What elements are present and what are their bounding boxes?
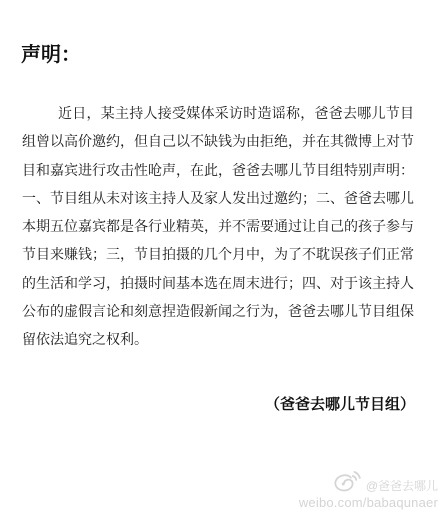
statement-page: 声明： 近日，某主持人接受媒体采访时造谣称，爸爸去哪儿节目 组曾以高价邀约，但自…	[0, 0, 440, 512]
statement-title: 声明：	[21, 38, 81, 67]
statement-body: 近日，某主持人接受媒体采访时造谣称，爸爸去哪儿节目 组曾以高价邀约，但自己以不缺…	[22, 99, 414, 354]
statement-line: 组曾以高价邀约，但自己以不缺钱为由拒绝，并在其微博上对节	[22, 127, 414, 155]
statement-line: 公布的虚假言论和刻意捏造假新闻之行为，爸爸去哪儿节目组保	[22, 297, 414, 325]
statement-line: 一、节目组从未对该主持人及家人发出过邀约；二、爸爸去哪儿	[22, 184, 414, 212]
statement-line: 目和嘉宾进行攻击性呛声，在此，爸爸去哪儿节目组特别声明：	[22, 156, 414, 184]
statement-line: 本期五位嘉宾都是各行业精英，并不需要通过让自己的孩子参与	[22, 212, 414, 240]
weibo-watermark-row: @爸爸去哪儿	[299, 469, 438, 495]
statement-line: 的生活和学习，拍摄时间基本选在周末进行；四、对于该主持人	[22, 269, 414, 297]
weibo-url: weibo.com/babaqunaer	[299, 496, 438, 509]
weibo-logo-icon	[331, 469, 362, 495]
statement-line: 近日，某主持人接受媒体采访时造谣称，爸爸去哪儿节目	[22, 99, 414, 127]
statement-line: 留依法追究之权利。	[22, 325, 414, 353]
statement-line: 节目来赚钱；三，节目拍摄的几个月中，为了不耽误孩子们正常	[22, 240, 414, 268]
statement-signature: （爸爸去哪儿节目组）	[22, 393, 415, 414]
weibo-handle: @爸爸去哪儿	[366, 480, 438, 495]
weibo-watermark: @爸爸去哪儿 weibo.com/babaqunaer	[299, 469, 438, 509]
